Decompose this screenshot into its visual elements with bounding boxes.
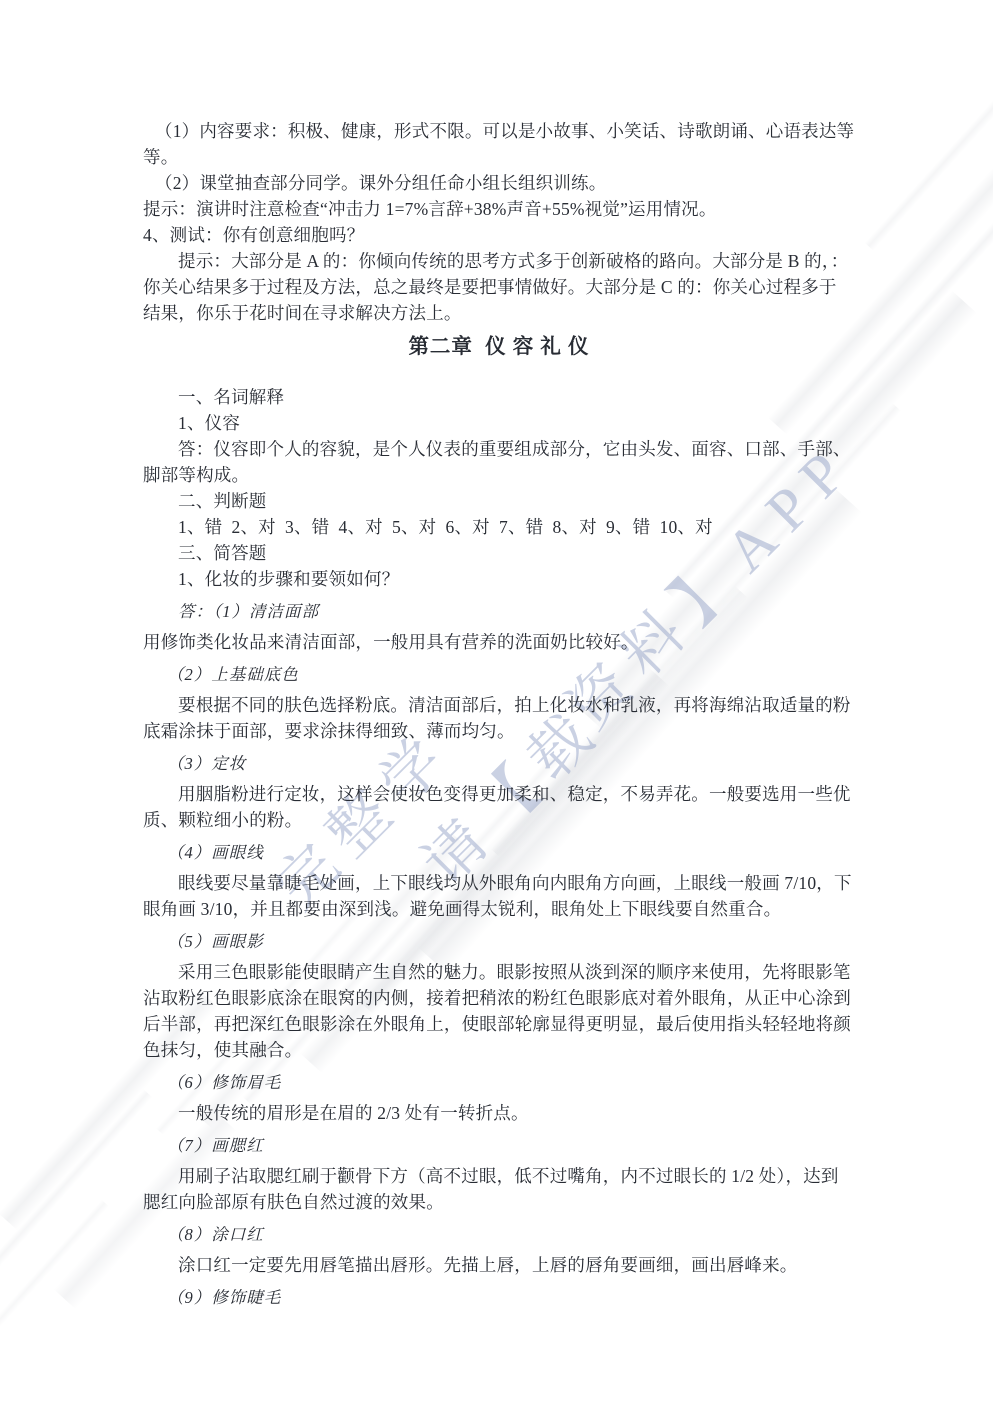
step-heading: （2）上基础底色 xyxy=(143,662,903,688)
text-line: 二、判断题 xyxy=(143,488,903,514)
text-line: 用胭脂粉进行定妆，这样会使妆色变得更加柔和、稳定，不易弄花。一般要选用一些优 xyxy=(143,781,903,807)
chapter-title: 第二章 仪 容 礼 仪 xyxy=(143,332,855,362)
text-line: 眼线要尽量靠睫毛处画，上下眼线均从外眼角向内眼角方向画，上眼线一般画 7/10，… xyxy=(143,870,903,896)
page-content: （1）内容要求：积极、健康，形式不限。可以是小故事、小笑话、诗歌朗诵、心语表达等… xyxy=(143,118,903,1315)
step-heading: （5）画眼影 xyxy=(143,929,903,955)
text-line: 色抹匀，使其融合。 xyxy=(143,1037,903,1063)
text-line: 用修饰类化妆品来清洁面部，一般用具有营养的洗面奶比较好。 xyxy=(143,629,903,655)
scan-streak xyxy=(0,1200,109,1340)
step-heading: （7）画腮红 xyxy=(143,1133,903,1159)
text-line: 三、简答题 xyxy=(143,540,903,566)
text-line: 涂口红一定要先用唇笔描出唇形。先描上唇，上唇的唇角要画细，画出唇峰来。 xyxy=(143,1252,903,1278)
text-line: 你关心结果多于过程及方法，总之最终是要把事情做好。大部分是 C 的：你关心过程多… xyxy=(143,274,903,300)
text-line: 1、化妆的步骤和要领如何？ xyxy=(143,566,903,592)
text-line: 等。 xyxy=(143,144,903,170)
text-line: （2）课堂抽查部分同学。课外分组任命小组长组织训练。 xyxy=(143,170,903,196)
document-page: 完整学 请【载 资料】APP （1）内容要求：积极、健康，形式不限。可以是小故事… xyxy=(0,0,993,1404)
text-line: 用刷子沾取腮红刷于颧骨下方（高不过眼，低不过嘴角，内不过眼长的 1/2 处），达… xyxy=(143,1163,903,1189)
step-heading: 答：（1）清洁面部 xyxy=(143,599,903,625)
text-line: 4、测试：你有创意细胞吗？ xyxy=(143,222,903,248)
text-line: 脚部等构成。 xyxy=(143,462,903,488)
text-line: 后半部，再把深红色眼影涂在外眼角上，使眼部轮廓显得更明显，最后使用指头轻轻地将颜 xyxy=(143,1011,903,1037)
text-line: 沾取粉红色眼影底涂在眼窝的内侧，接着把稍浓的粉红色眼影底对着外眼角，从正中心涂到 xyxy=(143,985,903,1011)
scan-streak xyxy=(0,1089,152,1290)
step-heading: （3）定妆 xyxy=(143,751,903,777)
text-line: 1、错 2、对 3、错 4、对 5、对 6、对 7、错 8、对 9、错 10、对 xyxy=(143,514,903,540)
text-line: 采用三色眼影能使眼睛产生自然的魅力。眼影按照从淡到深的顺序来使用，先将眼影笔 xyxy=(143,959,903,985)
text-line: 1、仪容 xyxy=(143,410,903,436)
step-heading: （8）涂口红 xyxy=(143,1222,903,1248)
step-heading: （6）修饰眉毛 xyxy=(143,1070,903,1096)
text-line: 提示：演讲时注意检查“冲击力 1=7%言辞+38%声音+55%视觉”运用情况。 xyxy=(143,196,903,222)
step-heading: （4）画眼线 xyxy=(143,840,903,866)
step-heading: （9）修饰睫毛 xyxy=(143,1285,903,1311)
text-line: 结果，你乐于花时间在寻求解决方法上。 xyxy=(143,300,903,326)
text-line: 提示：大部分是 A 的：你倾向传统的思考方式多于创新破格的路向。大部分是 B 的… xyxy=(143,248,903,274)
text-line: 腮红向脸部原有肤色自然过渡的效果。 xyxy=(143,1189,903,1215)
text-line: 眼角画 3/10，并且都要由深到浅。避免画得太锐利，眼角处上下眼线要自然重合。 xyxy=(143,896,903,922)
text-line: 质、颗粒细小的粉。 xyxy=(143,807,903,833)
text-line: 要根据不同的肤色选择粉底。清洁面部后，拍上化妆水和乳液，再将海绵沾取适量的粉 xyxy=(143,692,903,718)
text-line: 一般传统的眉形是在眉的 2/3 处有一转折点。 xyxy=(143,1100,903,1126)
text-line: 底霜涂抹于面部，要求涂抹得细致、薄而均匀。 xyxy=(143,718,903,744)
text-line: 答：仪容即个人的容貌，是个人仪表的重要组成部分，它由头发、面容、口部、手部、 xyxy=(143,436,903,462)
text-line: （1）内容要求：积极、健康，形式不限。可以是小故事、小笑话、诗歌朗诵、心语表达等 xyxy=(143,118,903,144)
text-line: 一、名词解释 xyxy=(143,384,903,410)
